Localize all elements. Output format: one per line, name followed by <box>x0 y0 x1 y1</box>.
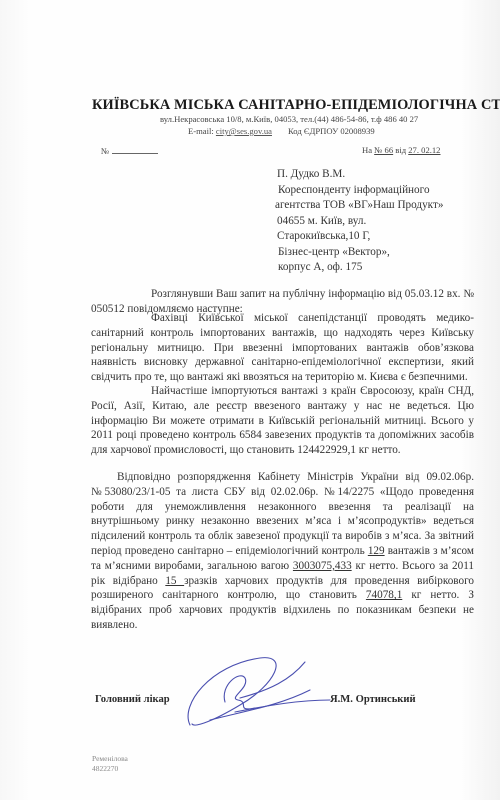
organization-contacts: E-mail: city@ses.gov.uaКод ЄДРПОУ 020089… <box>188 126 375 136</box>
outgoing-number: № <box>101 145 158 156</box>
email-label: E-mail: <box>188 126 216 136</box>
reply-prefix: На <box>362 145 374 155</box>
paragraph-2-text: Найчастіше імпортуються вантажі з країн … <box>91 384 474 458</box>
organization-title: КИЇВСЬКА МІСЬКА САНІТАРНО-ЕПІДЕМІОЛОГІЧН… <box>92 97 472 114</box>
samples-weight: 74078,1 <box>366 589 402 601</box>
executor-phone: 4822270 <box>92 764 128 774</box>
paragraph-1: Фахівці Київської міської санепідстанції… <box>91 311 474 385</box>
recipient-line: П. Дудко В.М. <box>277 167 443 183</box>
reply-number: № 66 <box>374 145 393 155</box>
paragraph-3-text: Відповідно розпорядження Кабінету Мініст… <box>91 470 474 633</box>
meat-shipments-count: 129 <box>368 545 385 557</box>
recipient-line: корпус А, оф. 175 <box>277 260 443 276</box>
recipient-block: П. Дудко В.М. Кореспонденту інформаційно… <box>277 167 443 276</box>
recipient-line: агентства ТОВ «ВГ»Наш Продукт» <box>275 198 443 214</box>
paragraph-1-text: Фахівці Київської міської санепідстанції… <box>91 311 474 385</box>
edrpou-code: Код ЄДРПОУ 02008939 <box>288 126 375 136</box>
samples-count: 15 <box>165 575 184 587</box>
paragraph-3: Відповідно розпорядження Кабінету Мініст… <box>91 470 474 633</box>
reply-reference: На № 66 від 27. 02.12 <box>362 145 440 155</box>
email-link[interactable]: city@ses.gov.ua <box>216 126 272 136</box>
reply-date: 27. 02.12 <box>408 145 440 155</box>
meat-total-weight: 3003075,433 <box>293 560 352 572</box>
recipient-line: 04655 м. Київ, вул. <box>277 214 443 230</box>
recipient-line: Старокиївська,10 Г, <box>277 229 443 245</box>
recipient-line: Бізнес-центр «Вектор», <box>277 245 443 261</box>
organization-address: вул.Некрасовська 10/8, м.Київ, 04053, те… <box>160 114 418 124</box>
letter-page: КИЇВСЬКА МІСЬКА САНІТАРНО-ЕПІДЕМІОЛОГІЧН… <box>0 0 500 800</box>
outgoing-number-blank <box>112 145 158 154</box>
outgoing-number-label: № <box>101 146 109 156</box>
reply-mid: від <box>393 145 408 155</box>
recipient-line: Кореспонденту інформаційного <box>277 183 443 199</box>
executor-info: Ременілова 4822270 <box>92 754 128 774</box>
paragraph-2: Найчастіше імпортуються вантажі з країн … <box>91 384 474 458</box>
signatory-name: Я.М. Ортинський <box>330 694 416 705</box>
handwritten-signature-icon <box>180 650 350 730</box>
executor-name: Ременілова <box>92 754 128 764</box>
signatory-role: Головний лікар <box>95 694 170 705</box>
